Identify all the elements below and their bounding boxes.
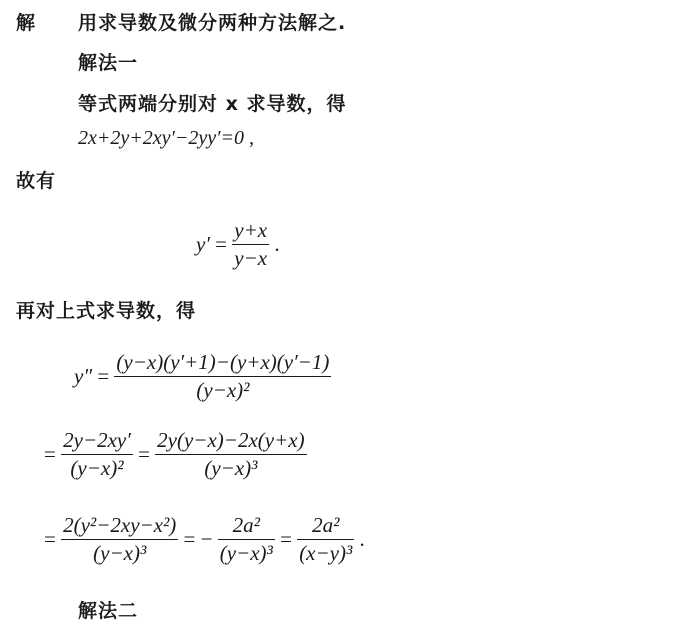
intro-text: 用求导数及微分两种方法解之.	[78, 8, 346, 35]
equals-sign: =	[44, 442, 56, 467]
equation-2: y′ = y+x y−x .	[196, 218, 280, 271]
eq3-numerator: (y−x)(y′+1)−(y+x)(y′−1)	[114, 350, 331, 377]
eq5-fraction-3: 2a² (x−y)³	[297, 513, 354, 566]
solution-label: 解	[16, 8, 36, 35]
equation-4: = 2y−2xy′ (y−x)² = 2y(y−x)−2x(y+x) (y−x)…	[44, 428, 307, 481]
method2-title: 解法二	[78, 596, 138, 623]
eq5-denominator-1: (y−x)³	[61, 540, 178, 566]
method1-title: 解法一	[78, 48, 138, 75]
eq4-denominator-2: (y−x)³	[155, 455, 306, 481]
eq2-denominator: y−x	[232, 245, 269, 271]
equation-1: 2x+2y+2xy′−2yy′=0 ,	[78, 127, 254, 150]
eq5-numerator-1: 2(y²−2xy−x²)	[61, 513, 178, 540]
therefore-text: 故有	[16, 166, 56, 193]
eq4-fraction-1: 2y−2xy′ (y−x)²	[61, 428, 133, 481]
eq5-denominator-3: (x−y)³	[297, 540, 354, 566]
equation-5: = 2(y²−2xy−x²) (y−x)³ = − 2a² (y−x)³ = 2…	[44, 513, 365, 566]
eq4-denominator-1: (y−x)²	[61, 455, 133, 481]
step1-text: 等式两端分别对 x 求导数，得	[78, 89, 347, 116]
eq4-fraction-2: 2y(y−x)−2x(y+x) (y−x)³	[155, 428, 306, 481]
eq5-fraction-2: 2a² (y−x)³	[218, 513, 275, 566]
eq4-numerator-2: 2y(y−x)−2x(y+x)	[155, 428, 306, 455]
eq2-numerator: y+x	[232, 218, 269, 245]
eq5-numerator-3: 2a²	[297, 513, 354, 540]
eq3-lhs: y″	[74, 364, 92, 389]
equals-sign: =	[215, 232, 227, 257]
equals-sign: =	[97, 364, 109, 389]
eq5-end: .	[360, 527, 365, 552]
eq4-numerator-1: 2y−2xy′	[61, 428, 133, 455]
equation-3: y″ = (y−x)(y′+1)−(y+x)(y′−1) (y−x)²	[74, 350, 331, 403]
eq5-numerator-2: 2a²	[218, 513, 275, 540]
eq2-end: .	[274, 232, 279, 257]
eq5-fraction-1: 2(y²−2xy−x²) (y−x)³	[61, 513, 178, 566]
eq3-denominator: (y−x)²	[114, 377, 331, 403]
step2-text: 再对上式求导数，得	[16, 296, 196, 323]
eq3-fraction: (y−x)(y′+1)−(y+x)(y′−1) (y−x)²	[114, 350, 331, 403]
equals-minus-sign: = −	[184, 527, 213, 552]
equals-sign: =	[280, 527, 292, 552]
eq5-denominator-2: (y−x)³	[218, 540, 275, 566]
equals-sign: =	[138, 442, 150, 467]
eq2-fraction: y+x y−x	[232, 218, 269, 271]
eq2-lhs: y′	[196, 232, 210, 257]
equals-sign: =	[44, 527, 56, 552]
